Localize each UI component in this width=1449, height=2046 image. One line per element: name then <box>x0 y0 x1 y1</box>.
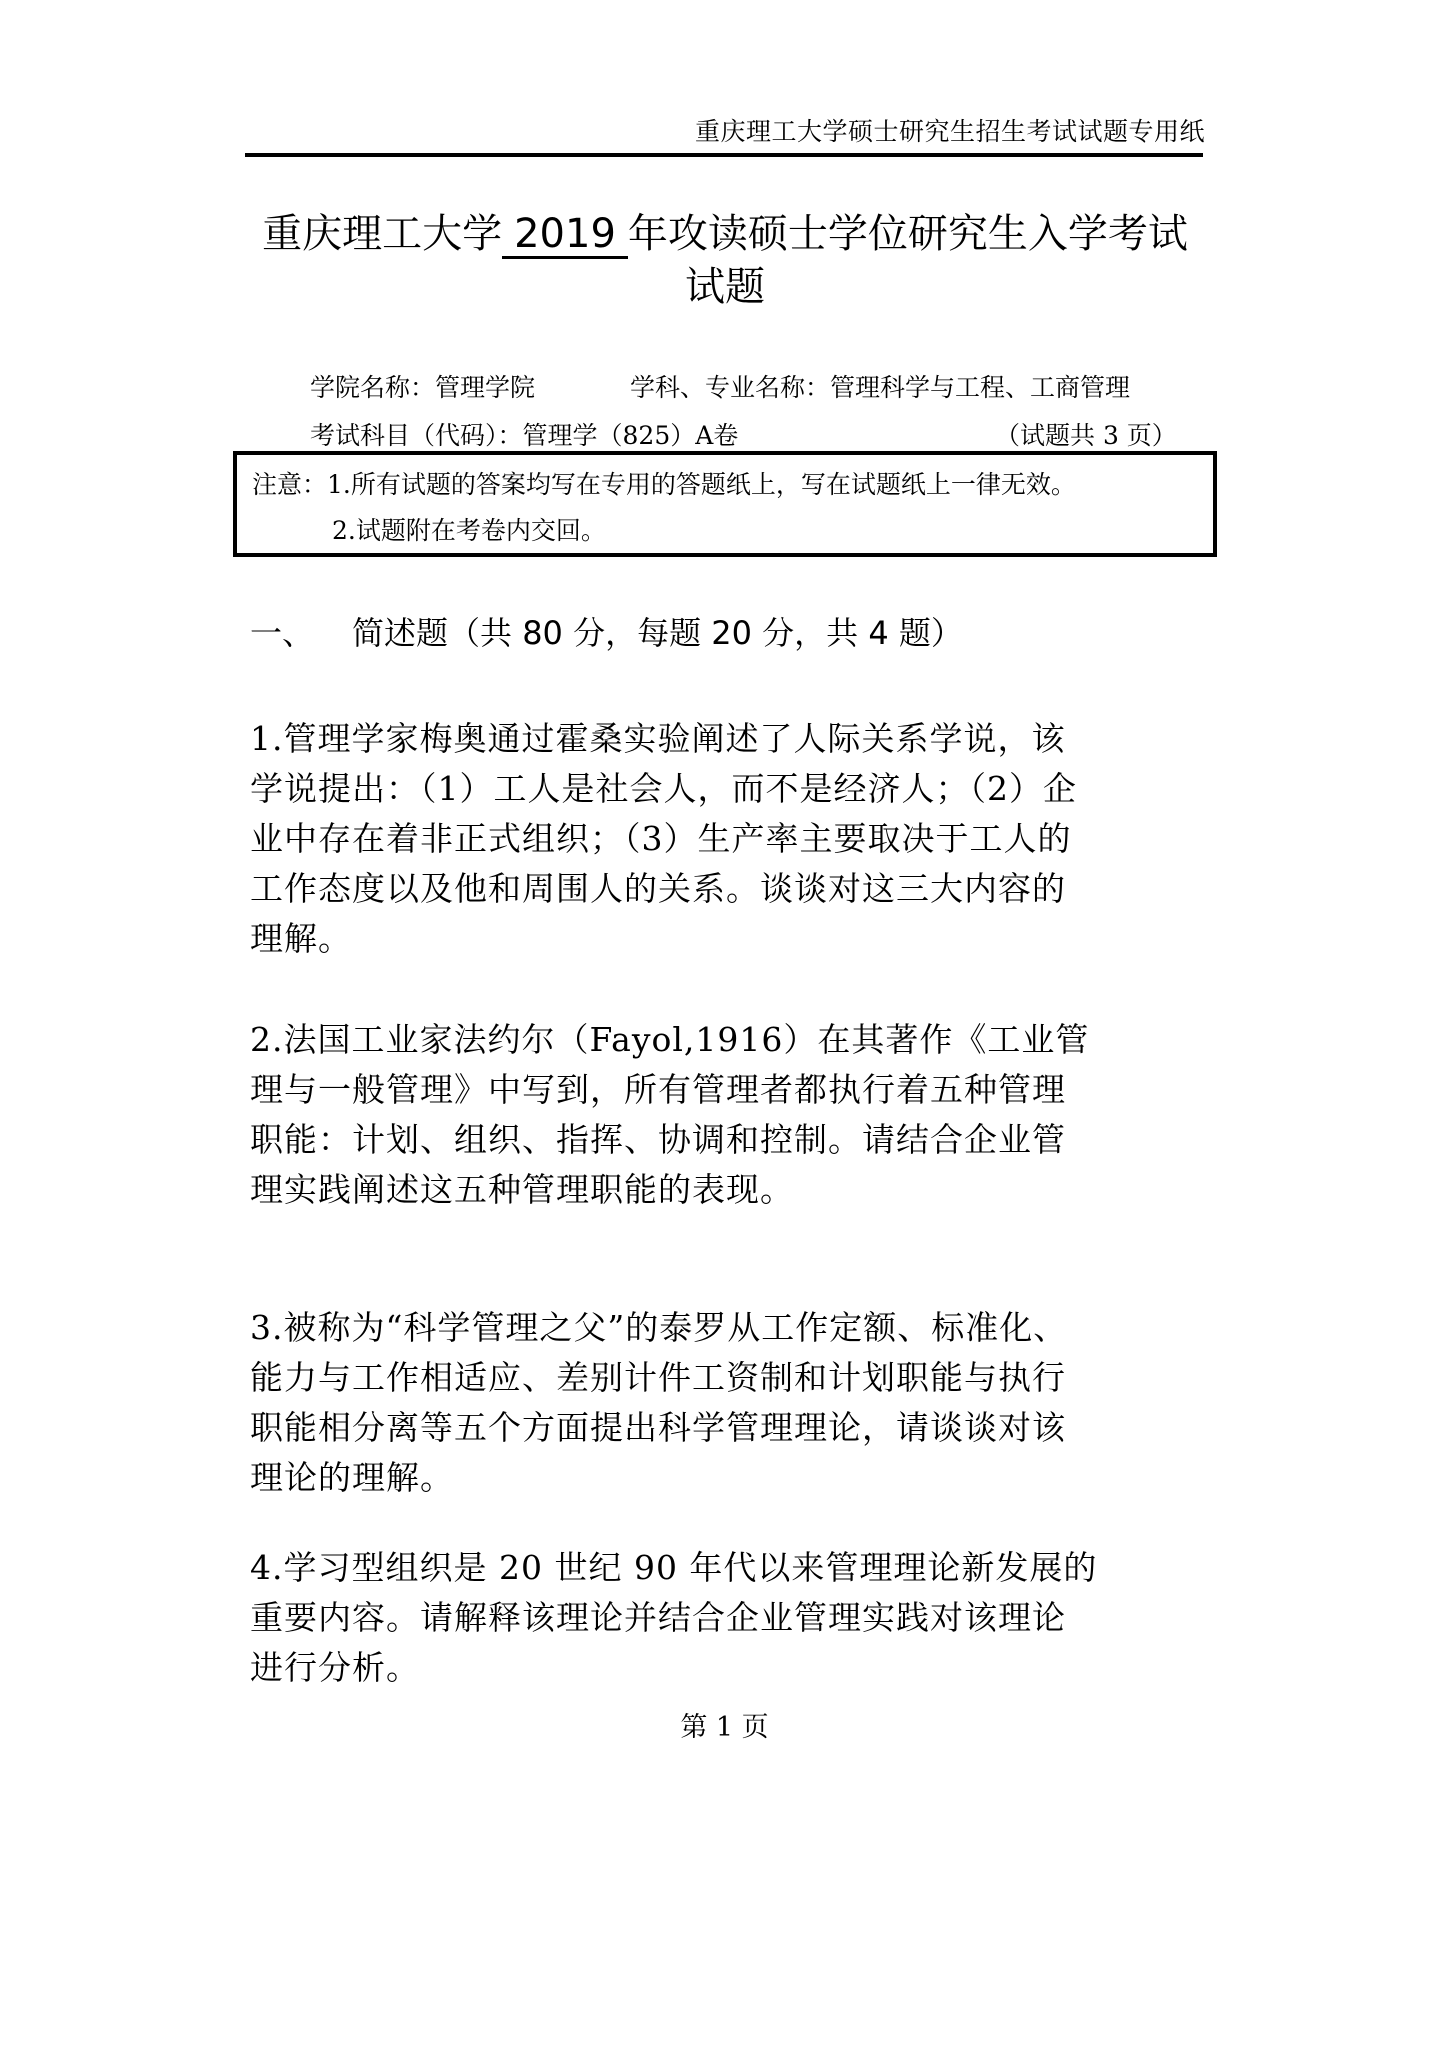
question-line: 工作态度以及他和周围人的关系。谈谈对这三大内容的 <box>250 864 1210 914</box>
section-heading: 一、简述题（共 80 分，每题 20 分，共 4 题） <box>250 608 963 654</box>
question-line: 重要内容。请解释该理论并结合企业管理实践对该理论 <box>250 1593 1210 1643</box>
question-line: 3.被称为“科学管理之父”的泰罗从工作定额、标准化、 <box>250 1303 1210 1353</box>
exam-page: 重庆理工大学硕士研究生招生考试试题专用纸 重庆理工大学2019年攻读硕士学位研究… <box>0 0 1449 2046</box>
section-number: 一、 <box>250 614 314 652</box>
page-count: （试题共 3 页） <box>995 416 1177 452</box>
question-1: 1.管理学家梅奥通过霍桑实验阐述了人际关系学说，该 学说提出：（1）工人是社会人… <box>250 714 1210 964</box>
header-rule <box>245 153 1203 157</box>
title-prefix: 重庆理工大学 <box>262 211 502 257</box>
question-2: 2.法国工业家法约尔（Fayol,1916）在其著作《工业管 理与一般管理》中写… <box>250 1015 1210 1215</box>
college-name: 学院名称：管理学院 <box>310 368 535 404</box>
question-line: 职能相分离等五个方面提出科学管理理论，请谈谈对该 <box>250 1403 1210 1453</box>
question-3: 3.被称为“科学管理之父”的泰罗从工作定额、标准化、 能力与工作相适应、差别计件… <box>250 1303 1210 1503</box>
exam-title-line2: 试题 <box>200 255 1250 312</box>
exam-subject: 考试科目（代码）：管理学（825）A卷 <box>310 416 738 452</box>
section-title: 简述题（共 80 分，每题 20 分，共 4 题） <box>352 614 963 652</box>
exam-title: 重庆理工大学2019年攻读硕士学位研究生入学考试 <box>200 202 1250 259</box>
notice-line-1: 注意：1.所有试题的答案均写在专用的答题纸上，写在试题纸上一律无效。 <box>252 465 1076 501</box>
question-line: 4.学习型组织是 20 世纪 90 年代以来管理理论新发展的 <box>250 1543 1210 1593</box>
page-number: 第 1 页 <box>0 1705 1449 1744</box>
title-suffix: 年攻读硕士学位研究生入学考试 <box>628 211 1188 257</box>
question-line: 理解。 <box>250 914 1210 964</box>
question-line: 进行分析。 <box>250 1643 1210 1693</box>
question-line: 理与一般管理》中写到，所有管理者都执行着五种管理 <box>250 1065 1210 1115</box>
question-4: 4.学习型组织是 20 世纪 90 年代以来管理理论新发展的 重要内容。请解释该… <box>250 1543 1210 1693</box>
question-line: 1.管理学家梅奥通过霍桑实验阐述了人际关系学说，该 <box>250 714 1210 764</box>
major-name: 学科、专业名称：管理科学与工程、工商管理 <box>630 368 1130 404</box>
title-year: 2019 <box>502 212 628 259</box>
running-header: 重庆理工大学硕士研究生招生考试试题专用纸 <box>695 112 1205 148</box>
question-line: 学说提出：（1）工人是社会人，而不是经济人；（2）企 <box>250 764 1210 814</box>
question-line: 业中存在着非正式组织；（3）生产率主要取决于工人的 <box>250 814 1210 864</box>
question-line: 职能：计划、组织、指挥、协调和控制。请结合企业管 <box>250 1115 1210 1165</box>
question-line: 理实践阐述这五种管理职能的表现。 <box>250 1165 1210 1215</box>
notice-box: 注意：1.所有试题的答案均写在专用的答题纸上，写在试题纸上一律无效。 2.试题附… <box>233 451 1217 557</box>
notice-line-2: 2.试题附在考卷内交回。 <box>332 511 606 547</box>
question-line: 2.法国工业家法约尔（Fayol,1916）在其著作《工业管 <box>250 1015 1210 1065</box>
question-line: 理论的理解。 <box>250 1453 1210 1503</box>
question-line: 能力与工作相适应、差别计件工资制和计划职能与执行 <box>250 1353 1210 1403</box>
